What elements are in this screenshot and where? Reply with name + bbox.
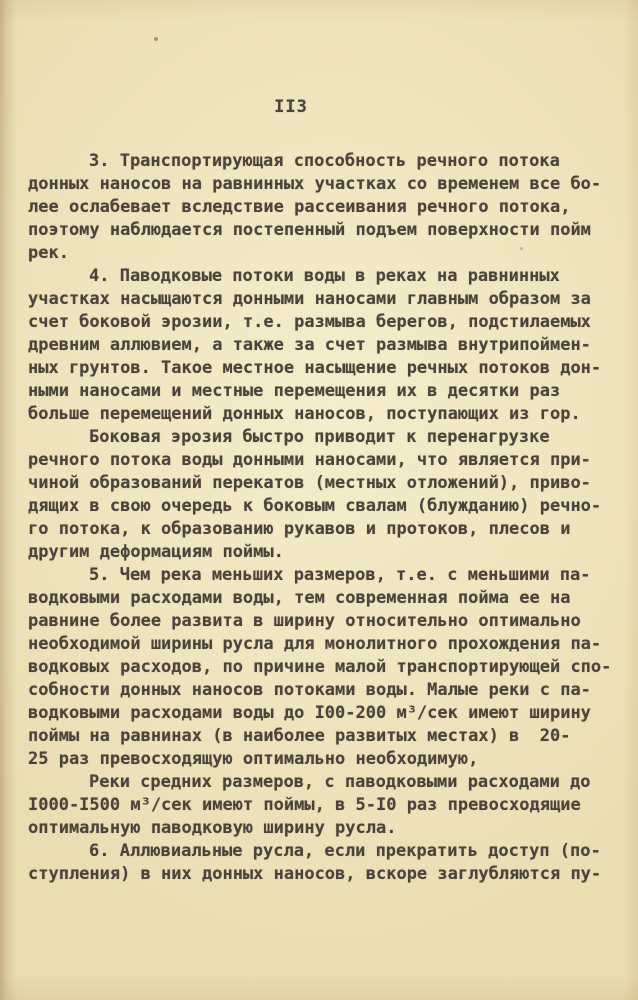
paragraph: Реки средних размеров, с паводковыми рас… — [28, 771, 624, 840]
text-line: водковыми расходами воды до I00-200 м³/с… — [28, 702, 624, 725]
paragraph: 3. Транспортирующая способность речного … — [28, 150, 624, 265]
paragraph: 5. Чем река меньших размеров, т.е. с мен… — [28, 564, 624, 771]
text-line: 4. Паводковые потоки воды в реках на рав… — [28, 265, 624, 288]
text-line: 5. Чем река меньших размеров, т.е. с мен… — [28, 564, 624, 587]
text-line: счет боковой эрозии, т.е. размыва берего… — [28, 311, 624, 334]
text-line: 6. Аллювиальные русла, если прекратить д… — [28, 840, 624, 863]
text-line: ными наносами и местные перемещения их в… — [28, 380, 624, 403]
text-line: необходимой ширины русла для монолитного… — [28, 633, 624, 656]
text-line: чиной образований перекатов (местных отл… — [28, 472, 624, 495]
text-line: I000-I500 м³/сек имеют поймы, в 5-I0 раз… — [28, 794, 624, 817]
text-line: больше перемещений донных наносов, посту… — [28, 403, 624, 426]
text-line: донных наносов на равнинных участках со … — [28, 173, 624, 196]
text-line: 25 раз превосходящую оптимально необходи… — [28, 748, 624, 771]
text-line: ступления) в них донных наносов, вскоре … — [28, 863, 624, 886]
text-line: водковыми расходами воды, тем современна… — [28, 587, 624, 610]
page-number: II3 — [0, 96, 610, 119]
text-line: лее ослабевает вследствие рассеивания ре… — [28, 196, 624, 219]
text-line: рек. — [28, 242, 624, 265]
text-line: водковых расходов, по причине малой тран… — [28, 656, 624, 679]
text-line: поэтому наблюдается постепенный подъем п… — [28, 219, 624, 242]
text-line: другим деформациям поймы. — [28, 541, 624, 564]
text-line: равнине более развита в ширину относител… — [28, 610, 624, 633]
text-line: древним аллювием, а также за счет размыв… — [28, 334, 624, 357]
text-line: поймы на равнинах (в наиболее развитых м… — [28, 725, 624, 748]
text-line: дящих в свою очередь к боковым свалам (б… — [28, 495, 624, 518]
paragraph: Боковая эрозия быстро приводит к перенаг… — [28, 426, 624, 564]
text-line: речного потока воды донными наносами, чт… — [28, 449, 624, 472]
paragraph: 4. Паводковые потоки воды в реках на рав… — [28, 265, 624, 426]
text-line: участках насыщаются донными наносами гла… — [28, 288, 624, 311]
text-line: Боковая эрозия быстро приводит к перенаг… — [28, 426, 624, 449]
text-line: ных грунтов. Такое местное насыщение реч… — [28, 357, 624, 380]
text-line: го потока, к образованию рукавов и прото… — [28, 518, 624, 541]
paper-speck — [154, 37, 158, 41]
text-line: оптимальную паводковую ширину русла. — [28, 817, 624, 840]
text-line: 3. Транспортирующая способность речного … — [28, 150, 624, 173]
document-text: 3. Транспортирующая способность речного … — [28, 150, 624, 886]
text-line: Реки средних размеров, с паводковыми рас… — [28, 771, 624, 794]
text-line: собности донных наносов потоками воды. М… — [28, 679, 624, 702]
scanned-document-page: II3 3. Транспортирующая способность речн… — [0, 0, 638, 1000]
paragraph: 6. Аллювиальные русла, если прекратить д… — [28, 840, 624, 886]
